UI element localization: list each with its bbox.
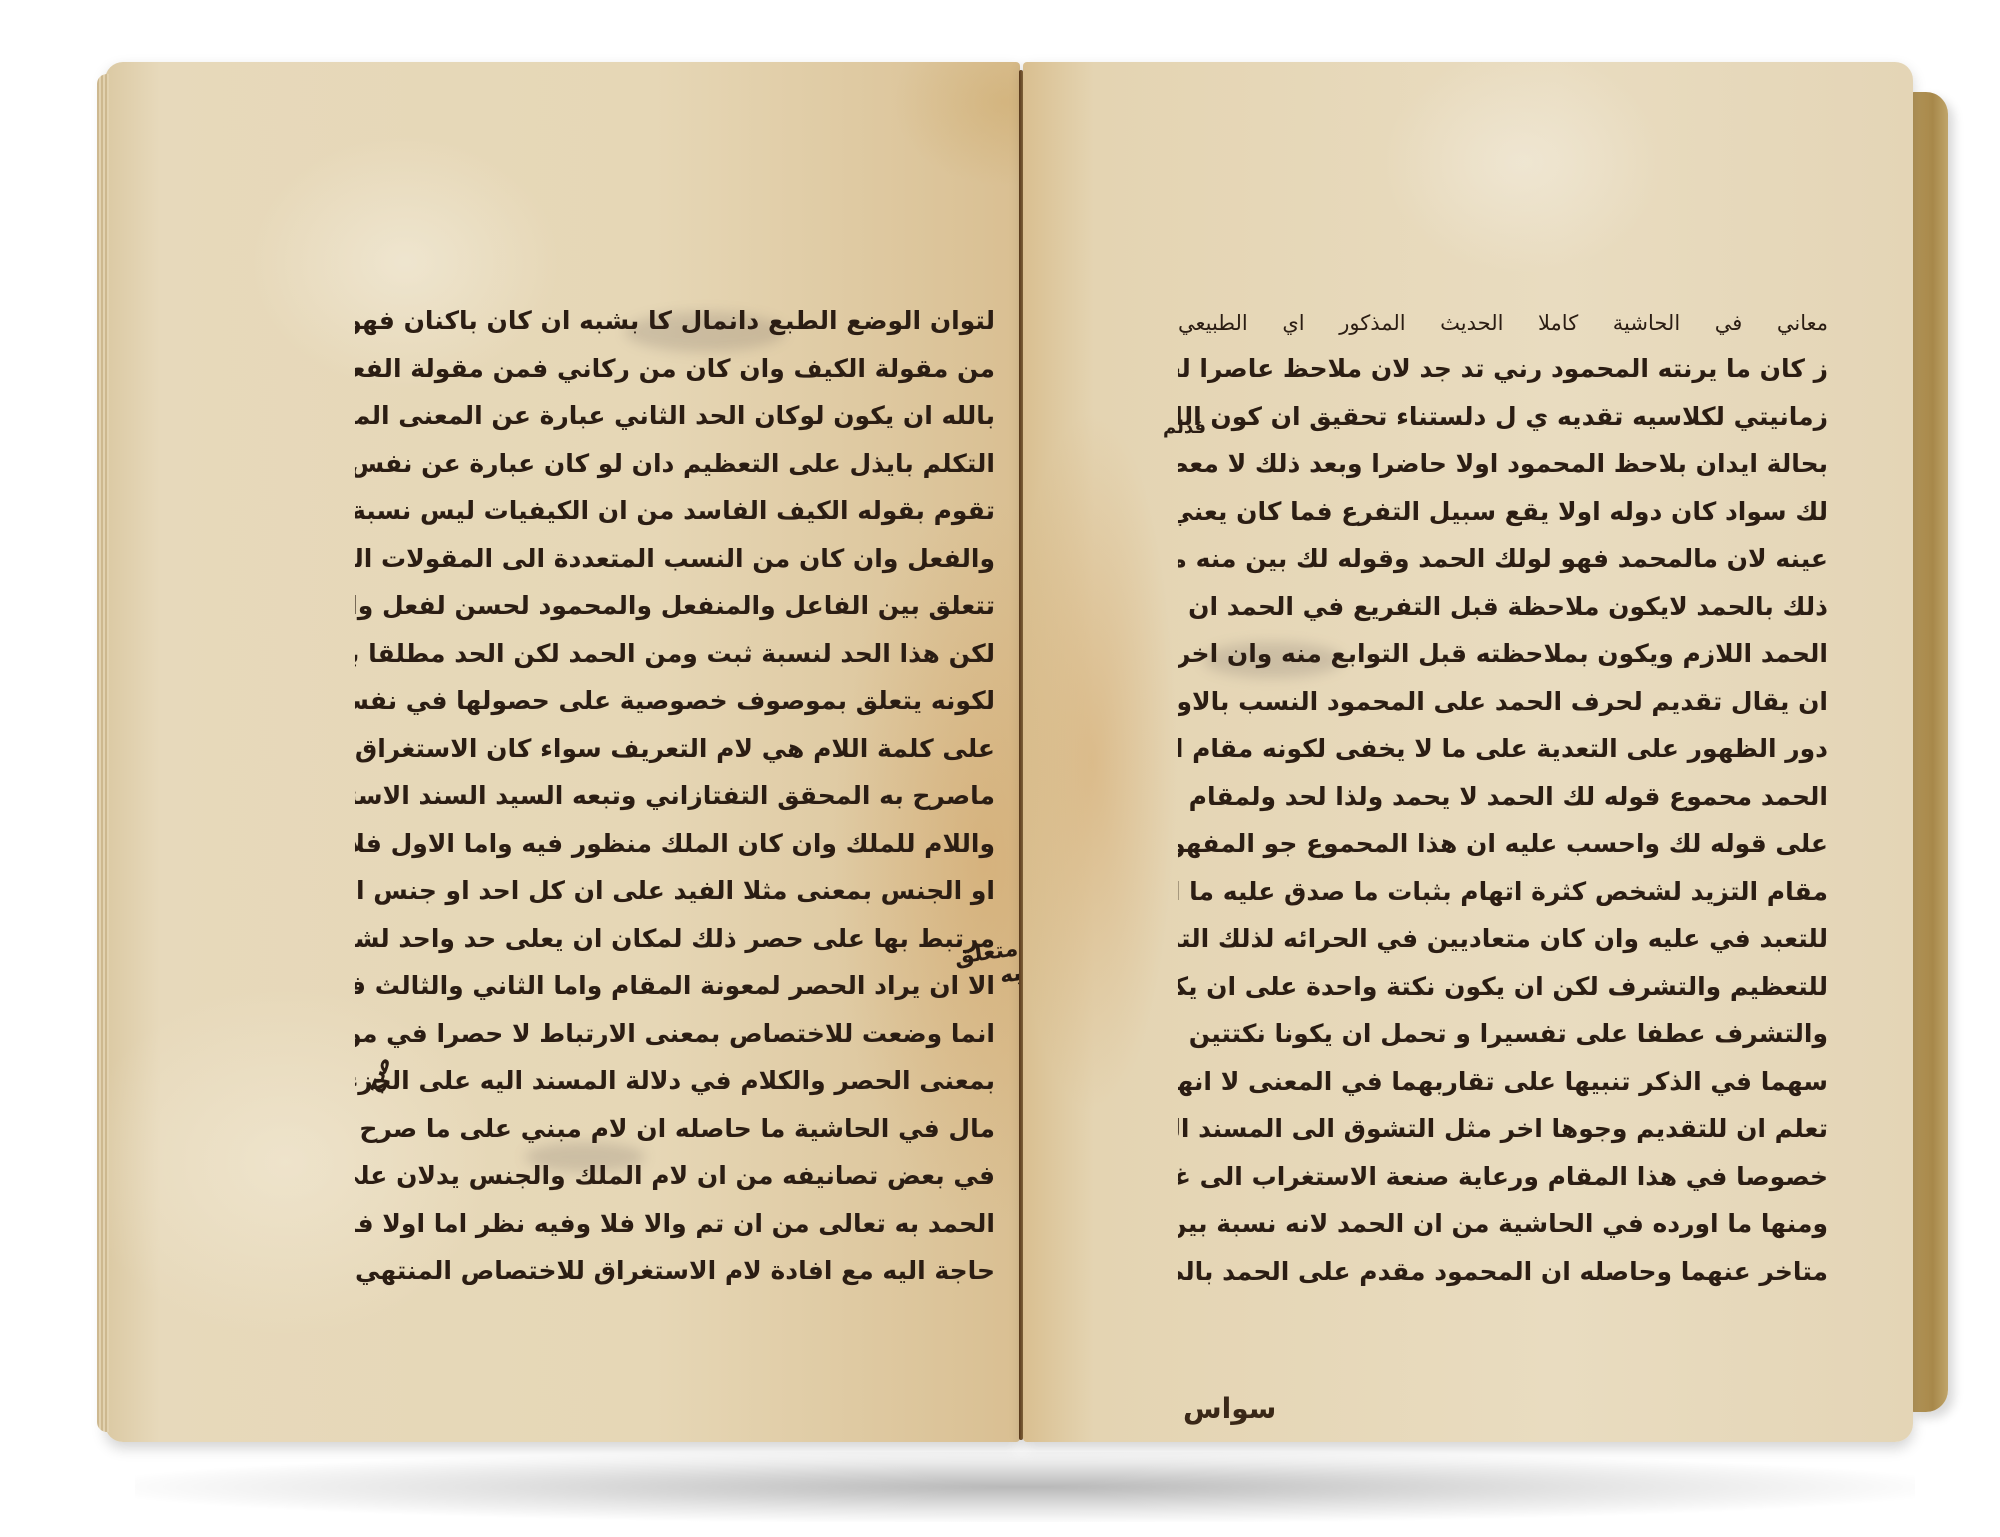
text-line: سهما في الذكر تنبيها على تقاربهما في الم… (1178, 1058, 1828, 1106)
text-line: تعلم ان للتقديم وجوها اخر مثل التشوق الى… (1178, 1105, 1828, 1153)
text-line: من مقولة الكيف وان كان من ركاني فمن مقول… (355, 345, 995, 393)
text-line: التكلم بايذل على التعظيم دان لو كان عبار… (355, 440, 995, 488)
text-line: على كلمة اللام هي لام التعريف سواء كان ا… (355, 725, 995, 773)
margin-note: متعلق به (932, 936, 1023, 997)
text-line: زمانيتي لكلاسيه تقديه ي ل دلستناء تحقيق … (1178, 393, 1828, 441)
book-shadow (135, 1452, 1915, 1522)
text-line: مرتبط بها على حصر ذلك لمكان ان يعلى حد و… (355, 915, 995, 963)
text-line: والفعل وان كان من النسب المتعددة الى الم… (355, 535, 995, 583)
right-page: معاني في الحاشية كاملا الحديث المذكور اي… (1023, 62, 1913, 1442)
text-line: في بعض تصانيفه من ان لام الملك والجنس يد… (355, 1152, 995, 1200)
catchword: سواس (1183, 1392, 1276, 1425)
text-line: الحمد محموع قوله لك الحمد لا يحمد ولذا ل… (1178, 773, 1828, 821)
right-page-header: معاني في الحاشية كاملا الحديث المذكور اي… (1178, 300, 1828, 348)
text-line: الحمد اللازم ويكون بملاحظته قبل التوابع … (1178, 630, 1828, 678)
text-line: للتعظيم والتشرف لكن ان يكون نكتة واحدة ع… (1178, 963, 1828, 1011)
text-line: ومنها ما اورده في الحاشية من ان الحمد لا… (1178, 1200, 1828, 1248)
text-line: على قوله لك واحسب عليه ان هذا المحموع جو… (1178, 820, 1828, 868)
text-line: تتعلق بين الفاعل والمنفعل والمحمود لحسن … (355, 582, 995, 630)
text-line: لكونه يتعلق بموصوف خصوصية على حصولها في … (355, 677, 995, 725)
text-line: والتشرف عطفا على تفسيرا و تحمل ان يكونا … (1178, 1010, 1828, 1058)
left-page-text: لتوان الوضع الطبع دانمال كا بشبه ان كان … (355, 297, 995, 1295)
text-line-header: معاني في الحاشية كاملا الحديث المذكور اي… (1178, 300, 1828, 348)
text-line: او الجنس بمعنى مثلا الفيد على ان كل احد … (355, 867, 995, 915)
text-line: مقام التزيد لشخص كثرة اتهام بثبات ما صدق… (1178, 868, 1828, 916)
text-line: بمعنى الحصر والكلام في دلالة المسند اليه… (355, 1057, 995, 1105)
text-line: بالله ان يكون لوكان الحد الثاني عبارة عن… (355, 392, 995, 440)
text-line: تقوم بقوله الكيف الفاسد من ان الكيفيات ل… (355, 487, 995, 535)
text-line: لتوان الوضع الطبع دانمال كا بشبه ان كان … (355, 297, 995, 345)
back-cover-edge (1910, 92, 1948, 1412)
text-line: ذلك بالحمد لايكون ملاحظة قبل التفريع في … (1178, 583, 1828, 631)
text-line: مال في الحاشية ما حاصله ان لام مبني على … (355, 1105, 995, 1153)
page-edges-left (97, 74, 109, 1432)
text-line: واللام للملك وان كان الملك منظور فيه وام… (355, 820, 995, 868)
text-line: ماصرح به المحقق التفتازاني وتبعه السيد ا… (355, 772, 995, 820)
left-page: لتوان الوضع الطبع دانمال كا بشبه ان كان … (105, 62, 1020, 1442)
text-line: ان يقال تقديم لحرف الحمد على المحمود الن… (1178, 678, 1828, 726)
text-line: انما وضعت للاختصاص بمعنى الارتباط لا حصر… (355, 1010, 995, 1058)
text-line: لكن هذا الحد لنسبة ثبت ومن الحمد لكن الح… (355, 630, 995, 678)
text-line: بحالة ايدان بلاحظ المحمود اولا حاضرا وبع… (1178, 440, 1828, 488)
text-line: عينه لان مالمحمد فهو لولك الحمد وقوله لك… (1178, 535, 1828, 583)
text-line: ز كان ما يرنته المحمود رني تد جد لان ملا… (1178, 345, 1828, 393)
text-line: لك سواد كان دوله اولا يقع سبيل التفرع فم… (1178, 488, 1828, 536)
text-line: للتعبد في عليه وان كان متعاديين في الحرا… (1178, 915, 1828, 963)
right-page-text: ز كان ما يرنته المحمود رني تد جد لان ملا… (1178, 345, 1828, 1295)
text-line: متاخر عنهما وحاصله ان المحمود مقدم على ا… (1178, 1248, 1828, 1296)
text-line: دور الظهور على التعدية على ما لا يخفى لك… (1178, 725, 1828, 773)
open-manuscript: لتوان الوضع الطبع دانمال كا بشبه ان كان … (95, 62, 1935, 1462)
text-line: خصوصا في هذا المقام ورعاية صنعة الاستغرا… (1178, 1153, 1828, 1201)
text-line: الا ان يراد الحصر لمعونة المقام واما الث… (355, 962, 995, 1010)
text-line: حاجة اليه مع افادة لام الاستغراق للاختصا… (355, 1247, 995, 1295)
margin-note: فذلم (1163, 417, 1206, 438)
text-line: الحمد به تعالى من ان تم والا فلا وفيه نظ… (355, 1200, 995, 1248)
